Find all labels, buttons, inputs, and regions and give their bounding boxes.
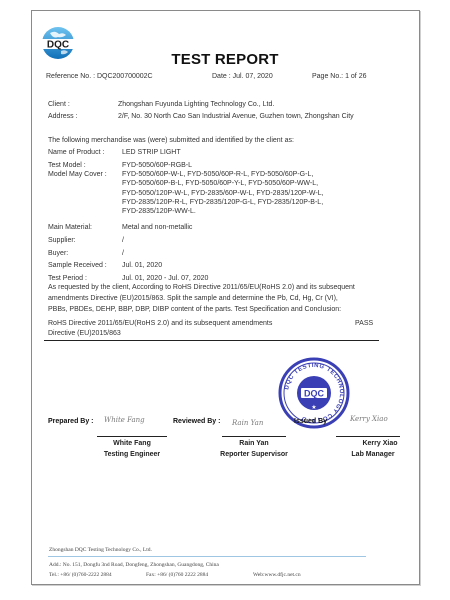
report-date: Date : Jul. 07, 2020 (212, 73, 273, 80)
report-title: TEST REPORT (0, 51, 450, 68)
sample-received-value: Jul. 01, 2020 (122, 262, 162, 269)
model-cover-line: FYD-5050/60P-W-L, FYD-5050/60P-R-L, FYD-… (122, 171, 313, 178)
supplier-value: / (122, 237, 124, 244)
conclusion-paragraph: As requested by the client, According to… (48, 282, 358, 315)
model-cover-line: FYD-5050/60P-B-L, FYD-5050/60P-Y-L, FYD-… (122, 180, 318, 187)
conclusion-result: PASS (355, 320, 373, 327)
svg-text:DQC: DQC (47, 40, 69, 51)
footer-fax: Fax: +86/ (0)760 2222 2884 (146, 572, 208, 578)
footer-divider (48, 556, 366, 557)
page-number: Page No.: 1 of 26 (312, 73, 366, 80)
reference-number: Reference No. : DQC200700002C (46, 73, 153, 80)
issued-by-name: Kerry Xiao (345, 440, 415, 447)
buyer-label: Buyer: (48, 250, 68, 257)
prepared-by-name: White Fang (97, 440, 167, 447)
product-name-value: LED STRIP LIGHT (122, 149, 181, 156)
reviewed-by-name: Rain Yan (214, 440, 294, 447)
test-model-label: Test Model : (48, 162, 86, 169)
test-period-value: Jul. 01, 2020 - Jul. 07, 2020 (122, 275, 208, 282)
prepared-by-signature-line (97, 436, 167, 437)
conclusion-divider (44, 340, 379, 341)
model-cover-label: Model May Cover : (48, 171, 107, 178)
spec-line-2: Directive (EU)2015/863 (48, 330, 121, 337)
model-cover-line: FYD-2835/120P-R-L, FYD-2835/120P-G-L, FY… (122, 199, 323, 206)
footer-web: Web:www.dfjc.net.cn (253, 572, 301, 578)
prepared-by-signature: White Fang (104, 416, 145, 424)
main-material-value: Metal and non-metallic (122, 224, 192, 231)
product-name-label: Name of Product : (48, 149, 104, 156)
spec-line-1: RoHS Directive 2011/65/EU(RoHS 2.0) and … (48, 320, 272, 327)
model-cover-line: FYD-2835/120P-WW-L. (122, 208, 196, 215)
merchandise-intro: The following merchandise was (were) sub… (48, 137, 294, 144)
issued-by-signature: Kerry Xiao (350, 415, 388, 423)
reviewed-by-signature: Rain Yan (232, 419, 263, 427)
client-label: Client : (48, 101, 70, 108)
footer-company: Zhongshan DQC Testing Technology Co., Lt… (49, 547, 152, 553)
model-cover-line: FYD-5050/120P-W-L, FYD-2835/60P-W-L, FYD… (122, 190, 324, 197)
reviewed-by-title: Reporter Supervisor (204, 451, 304, 458)
reviewed-by-label: Reviewed By : (173, 418, 220, 425)
issued-by-label: Issued By (294, 418, 327, 425)
issued-by-title: Lab Manager (333, 451, 413, 458)
svg-text:DQC: DQC (304, 389, 325, 399)
reviewed-by-signature-line (222, 436, 286, 437)
main-material-label: Main Material: (48, 224, 92, 231)
footer-tel: Tel.: +86/ (0)760-2222 2884 (49, 572, 112, 578)
supplier-label: Supplier: (48, 237, 76, 244)
svg-text:★: ★ (311, 404, 316, 411)
prepared-by-label: Prepared By : (48, 418, 94, 425)
address-value: 2/F, No. 30 North Cao San Industrial Ave… (118, 113, 354, 120)
prepared-by-title: Testing Engineer (87, 451, 177, 458)
test-period-label: Test Period : (48, 275, 87, 282)
footer-address: Add.: No. 151, Dongfu 3nd Road, Dongfeng… (49, 562, 219, 568)
test-model-value: FYD-5050/60P-RGB-L (122, 162, 192, 169)
sample-received-label: Sample Received : (48, 262, 107, 269)
address-label: Address : (48, 113, 78, 120)
issued-by-signature-line (336, 436, 400, 437)
buyer-value: / (122, 250, 124, 257)
client-value: Zhongshan Fuyunda Lighting Technology Co… (118, 101, 274, 108)
